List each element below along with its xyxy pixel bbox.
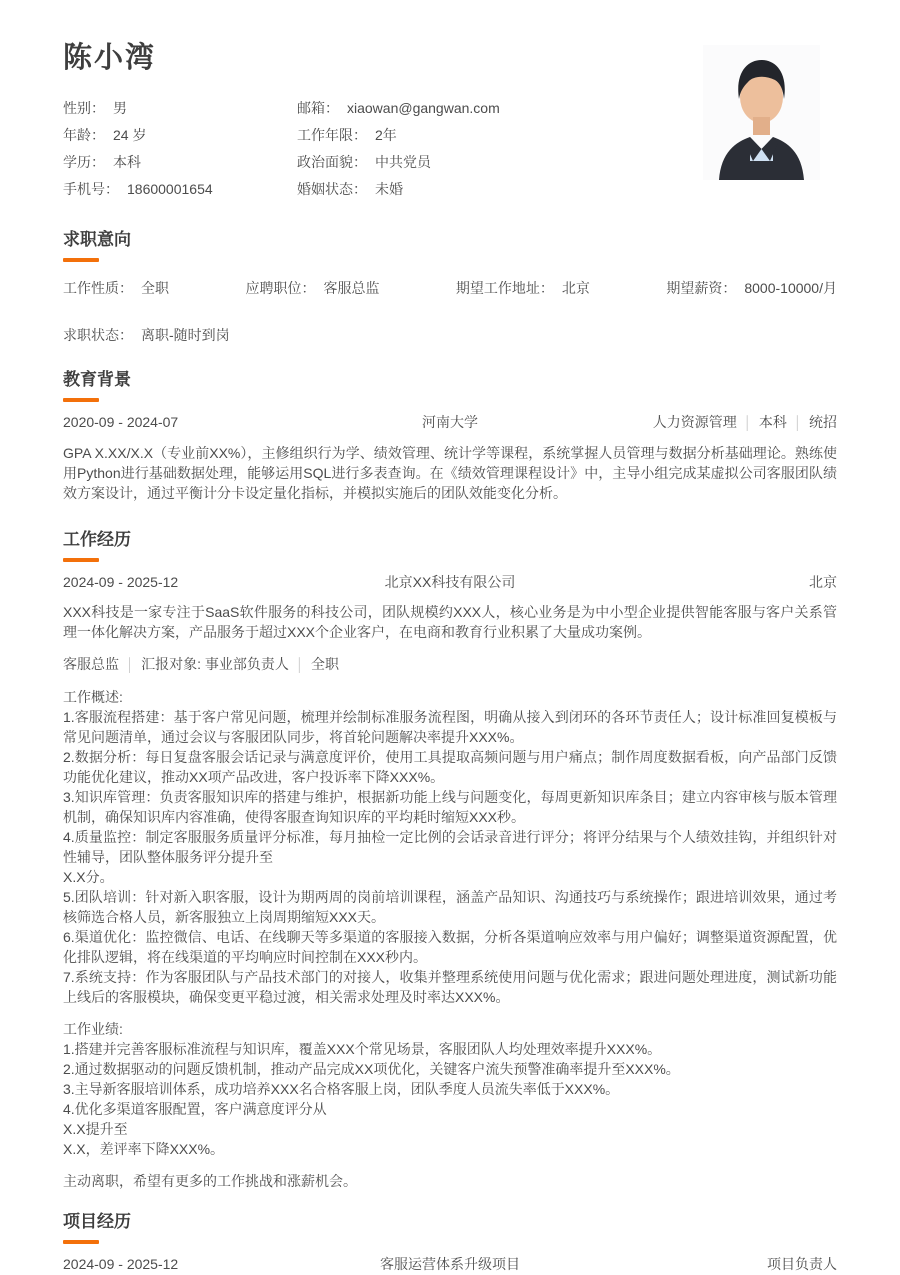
job-intention-fields: 工作性质：全职 应聘职位：客服总监 期望工作地址：北京 期望薪资：8000-10… (63, 278, 837, 298)
info-value: 本科 (113, 152, 141, 172)
info-value: 未婚 (375, 179, 403, 199)
info-label: 邮箱： (297, 98, 339, 118)
info-value: xiaowan@gangwan.com (347, 98, 500, 118)
work-achievement-item: 4.优化多渠道客服配置，客户满意度评分从 X.X提升至 X.X，差评率下降XXX… (63, 1099, 837, 1159)
divider: │ (744, 415, 752, 430)
education-major: 人力资源管理 (653, 414, 737, 430)
info-label: 学历： (63, 152, 105, 172)
info-row-phone: 手机号： 18600001654 (63, 179, 297, 199)
education-degree-info: 人力资源管理│本科│统招 (620, 412, 837, 433)
info-label: 年龄： (63, 125, 105, 145)
work-overview-item: 2.数据分析：每日复盘客服会话记录与满意度评价，使用工具提取高频问题与用户痛点；… (63, 747, 837, 787)
work-role-row: 客服总监│汇报对象: 事业部负责人│全职 (63, 654, 837, 675)
work-achievement-item: 3.主导新客服培训体系，成功培养XXX名合格客服上岗，团队季度人员流失率低于XX… (63, 1079, 837, 1099)
info-value: 24 岁 (113, 125, 146, 145)
profile-photo (703, 45, 820, 180)
field-job-status: 求职状态：离职-随时到岗 (63, 325, 837, 345)
field-label: 应聘职位： (245, 280, 315, 296)
work-employment-type: 全职 (311, 656, 339, 672)
work-achievements-heading: 工作业绩: (63, 1019, 837, 1039)
section-project-experience: 项目经历 2024-09 - 2025-12 客服运营体系升级项目 项目负责人 (63, 1211, 837, 1274)
personal-info-right-column: 邮箱： xiaowan@gangwan.com 工作年限： 2年 政治面貌： 中… (297, 98, 500, 199)
work-achievement-item: 2.通过数据驱动的问题反馈机制，推动产品完成XX项优化，关键客户流失预警准确率提… (63, 1059, 837, 1079)
education-degree: 本科 (759, 414, 787, 430)
personal-info-left-column: 性别： 男 年龄： 24 岁 学历： 本科 手机号： 18600001654 (63, 98, 297, 199)
project-role: 项目负责人 (620, 1254, 837, 1274)
field-value: 离职-随时到岗 (141, 327, 230, 343)
info-label: 婚姻状态： (297, 179, 367, 199)
field-label: 求职状态： (63, 327, 133, 343)
section-title: 项目经历 (63, 1211, 837, 1233)
info-value: 18600001654 (127, 179, 213, 199)
field-label: 期望薪资： (666, 280, 736, 296)
work-overview-item: 5.团队培训：针对新入职客服，设计为期两周的岗前培训课程，涵盖产品知识、沟通技巧… (63, 887, 837, 927)
project-meta-row: 2024-09 - 2025-12 客服运营体系升级项目 项目负责人 (63, 1254, 837, 1274)
field-label: 工作性质： (63, 280, 133, 296)
resume-page: 陈小湾 性别： 男 年龄： 24 岁 学历： 本科 手机号： 186000016… (0, 0, 900, 1274)
field-value: 全职 (141, 280, 169, 296)
info-row-education-level: 学历： 本科 (63, 152, 297, 172)
education-enroll-type: 统招 (809, 414, 837, 430)
info-value: 中共党员 (375, 152, 431, 172)
divider: │ (794, 415, 802, 430)
work-overview-item: 6.渠道优化：监控微信、电话、在线聊天等多渠道的客服接入数据，分析各渠道响应效率… (63, 927, 837, 967)
project-dates: 2024-09 - 2025-12 (63, 1254, 280, 1274)
work-company: 北京XX科技有限公司 (280, 572, 621, 592)
work-achievement-item: 1.搭建并完善客服标准流程与知识库，覆盖XXX个常见场景，客服团队人均处理效率提… (63, 1039, 837, 1059)
profile-photo-illustration (703, 45, 820, 180)
education-description: GPA X.XX/X.X（专业前XX%），主修组织行为学、绩效管理、统计学等课程… (63, 443, 837, 503)
divider: │ (126, 657, 134, 672)
section-accent-bar (63, 398, 99, 402)
section-accent-bar (63, 258, 99, 262)
field-value: 8000-10000/月 (744, 280, 837, 296)
info-row-work-years: 工作年限： 2年 (297, 125, 500, 145)
info-row-political-status: 政治面貌： 中共党员 (297, 152, 500, 172)
leave-reason: 主动离职，希望有更多的工作挑战和涨薪机会。 (63, 1171, 837, 1191)
work-dates: 2024-09 - 2025-12 (63, 572, 280, 592)
company-intro: XXX科技是一家专注于SaaS软件服务的科技公司，团队规模约XXX人，核心业务是… (63, 602, 837, 642)
info-value: 2年 (375, 125, 397, 145)
work-overview-item: 3.知识库管理：负责客服知识库的搭建与维护，根据新功能上线与问题变化，每周更新知… (63, 787, 837, 827)
work-overview-item: 4.质量监控：制定客服服务质量评分标准，每月抽检一定比例的会话录音进行评分；将评… (63, 827, 837, 887)
info-value: 男 (113, 98, 127, 118)
info-label: 性别： (63, 98, 105, 118)
section-title: 求职意向 (63, 229, 837, 251)
field-value: 北京 (562, 280, 590, 296)
section-education: 教育背景 2020-09 - 2024-07 河南大学 人力资源管理│本科│统招… (63, 369, 837, 503)
work-location: 北京 (620, 572, 837, 592)
education-meta-row: 2020-09 - 2024-07 河南大学 人力资源管理│本科│统招 (63, 412, 837, 433)
info-row-marital-status: 婚姻状态： 未婚 (297, 179, 500, 199)
divider: │ (296, 657, 304, 672)
section-accent-bar (63, 1240, 99, 1244)
work-overview-item: 7.系统支持：作为客服团队与产品技术部门的对接人，收集并整理系统使用问题与优化需… (63, 967, 837, 1007)
info-row-email: 邮箱： xiaowan@gangwan.com (297, 98, 500, 118)
field-target-location: 期望工作地址：北京 (456, 278, 590, 298)
section-job-intention: 求职意向 工作性质：全职 应聘职位：客服总监 期望工作地址：北京 期望薪资：80… (63, 229, 837, 345)
section-accent-bar (63, 558, 99, 562)
work-position: 客服总监 (63, 656, 119, 672)
info-row-age: 年龄： 24 岁 (63, 125, 297, 145)
education-dates: 2020-09 - 2024-07 (63, 412, 280, 432)
work-achievements-block: 工作业绩: 1.搭建并完善客服标准流程与知识库，覆盖XXX个常见场景，客服团队人… (63, 1019, 837, 1159)
work-overview-item: 1.客服流程搭建：基于客户常见问题，梳理并绘制标准服务流程图，明确从接入到闭环的… (63, 707, 837, 747)
work-overview-block: 工作概述: 1.客服流程搭建：基于客户常见问题，梳理并绘制标准服务流程图，明确从… (63, 687, 837, 1007)
work-overview-heading: 工作概述: (63, 687, 837, 707)
info-label: 手机号： (63, 179, 119, 199)
field-job-type: 工作性质：全职 (63, 278, 169, 298)
field-expected-salary: 期望薪资：8000-10000/月 (666, 278, 837, 298)
section-title: 教育背景 (63, 369, 837, 391)
project-name: 客服运营体系升级项目 (280, 1254, 621, 1274)
field-value: 客服总监 (323, 280, 379, 296)
section-title: 工作经历 (63, 529, 837, 551)
education-school: 河南大学 (280, 412, 621, 432)
personal-info: 性别： 男 年龄： 24 岁 学历： 本科 手机号： 18600001654 邮… (63, 98, 623, 199)
info-label: 政治面貌： (297, 152, 367, 172)
info-row-gender: 性别： 男 (63, 98, 297, 118)
field-label: 期望工作地址： (456, 280, 554, 296)
work-meta-row: 2024-09 - 2025-12 北京XX科技有限公司 北京 (63, 572, 837, 592)
section-work-experience: 工作经历 2024-09 - 2025-12 北京XX科技有限公司 北京 XXX… (63, 529, 837, 1191)
work-report-to: 汇报对象: 事业部负责人 (141, 656, 289, 672)
info-label: 工作年限： (297, 125, 367, 145)
field-target-position: 应聘职位：客服总监 (245, 278, 379, 298)
